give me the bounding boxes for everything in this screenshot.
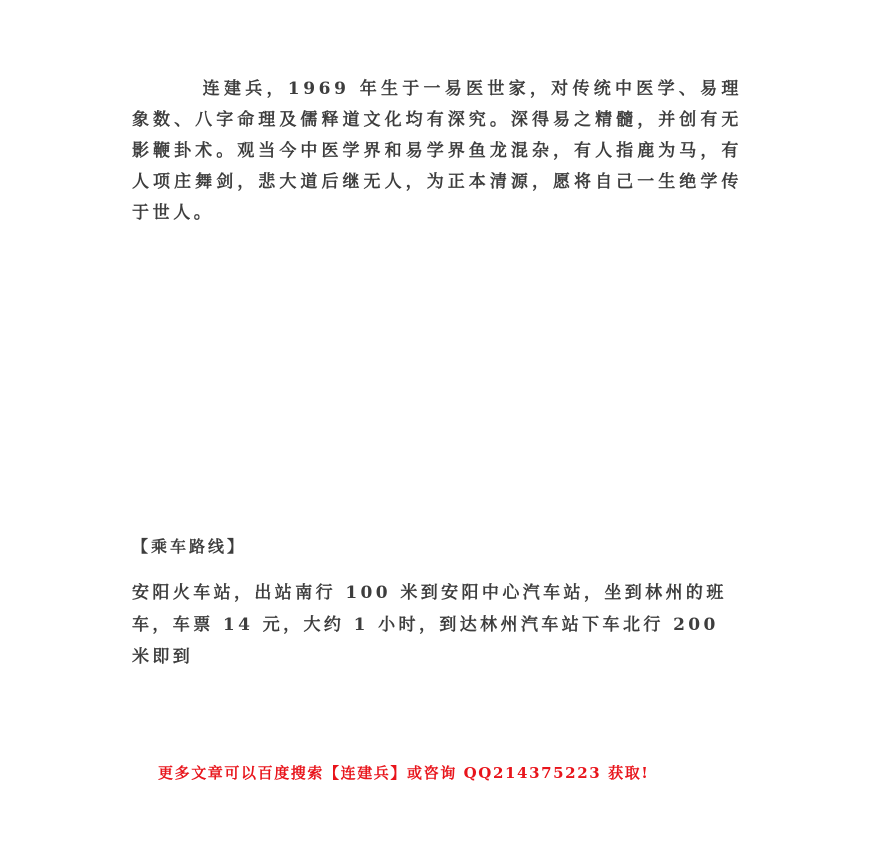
route-directions: 安阳火车站，出站南行 100 米到安阳中心汽车站，坐到林州的班车，车票 14 元… bbox=[132, 577, 744, 673]
bio-paragraph: 连建兵，1969 年生于一易医世家，对传统中医学、易理象数、八字命理及儒释道文化… bbox=[132, 74, 742, 229]
route-heading: 【乘车路线】 bbox=[132, 535, 246, 559]
document-page: 连建兵，1969 年生于一易医世家，对传统中医学、易理象数、八字命理及儒释道文化… bbox=[0, 0, 870, 842]
footer-promo-note: 更多文章可以百度搜索【连建兵】或咨询 QQ214375223 获取! bbox=[158, 762, 718, 784]
bio-text: 连建兵，1969 年生于一易医世家，对传统中医学、易理象数、八字命理及儒释道文化… bbox=[132, 79, 742, 223]
